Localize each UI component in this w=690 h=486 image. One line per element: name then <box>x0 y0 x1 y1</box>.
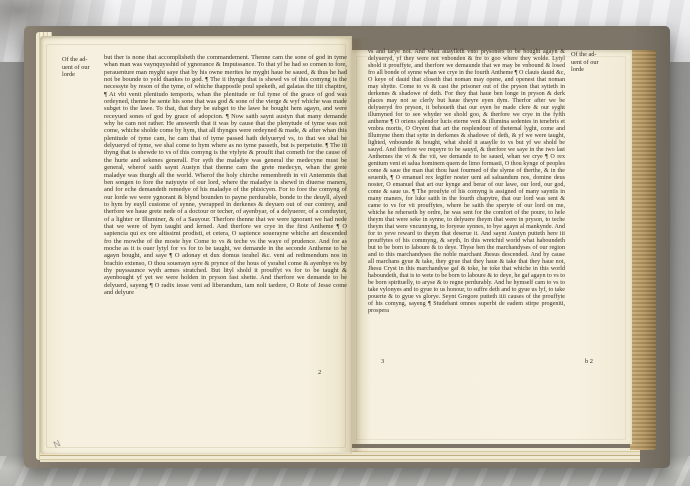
right-marginal-note-line1: Of the ad- <box>571 51 611 59</box>
right-marginal-note-line2: uent of our <box>571 59 611 67</box>
right-page-gathering-mark: b 2 <box>585 358 593 365</box>
left-marginal-note-line1: Of the ad- <box>62 56 104 64</box>
right-marginal-note-line3: lorde <box>571 66 611 74</box>
left-marginal-note: Of the ad- uent of our lorde <box>62 56 104 79</box>
left-marginal-note-line2: uent of our <box>62 64 104 72</box>
book-photograph: Of the ad- uent of our lorde but ther is… <box>0 0 690 486</box>
right-marginal-note: Of the ad- uent of our lorde <box>571 51 611 74</box>
left-page-text-block: but ther is none that accomplisheth the … <box>104 54 347 296</box>
right-fore-edge <box>630 50 656 450</box>
right-page-signature: 3 <box>381 358 384 365</box>
left-page-signature: 2 <box>318 369 321 376</box>
left-marginal-note-line3: lorde <box>62 71 104 79</box>
right-page-text-block: vs and tarye not. And what auaylleth vnt… <box>368 49 565 315</box>
